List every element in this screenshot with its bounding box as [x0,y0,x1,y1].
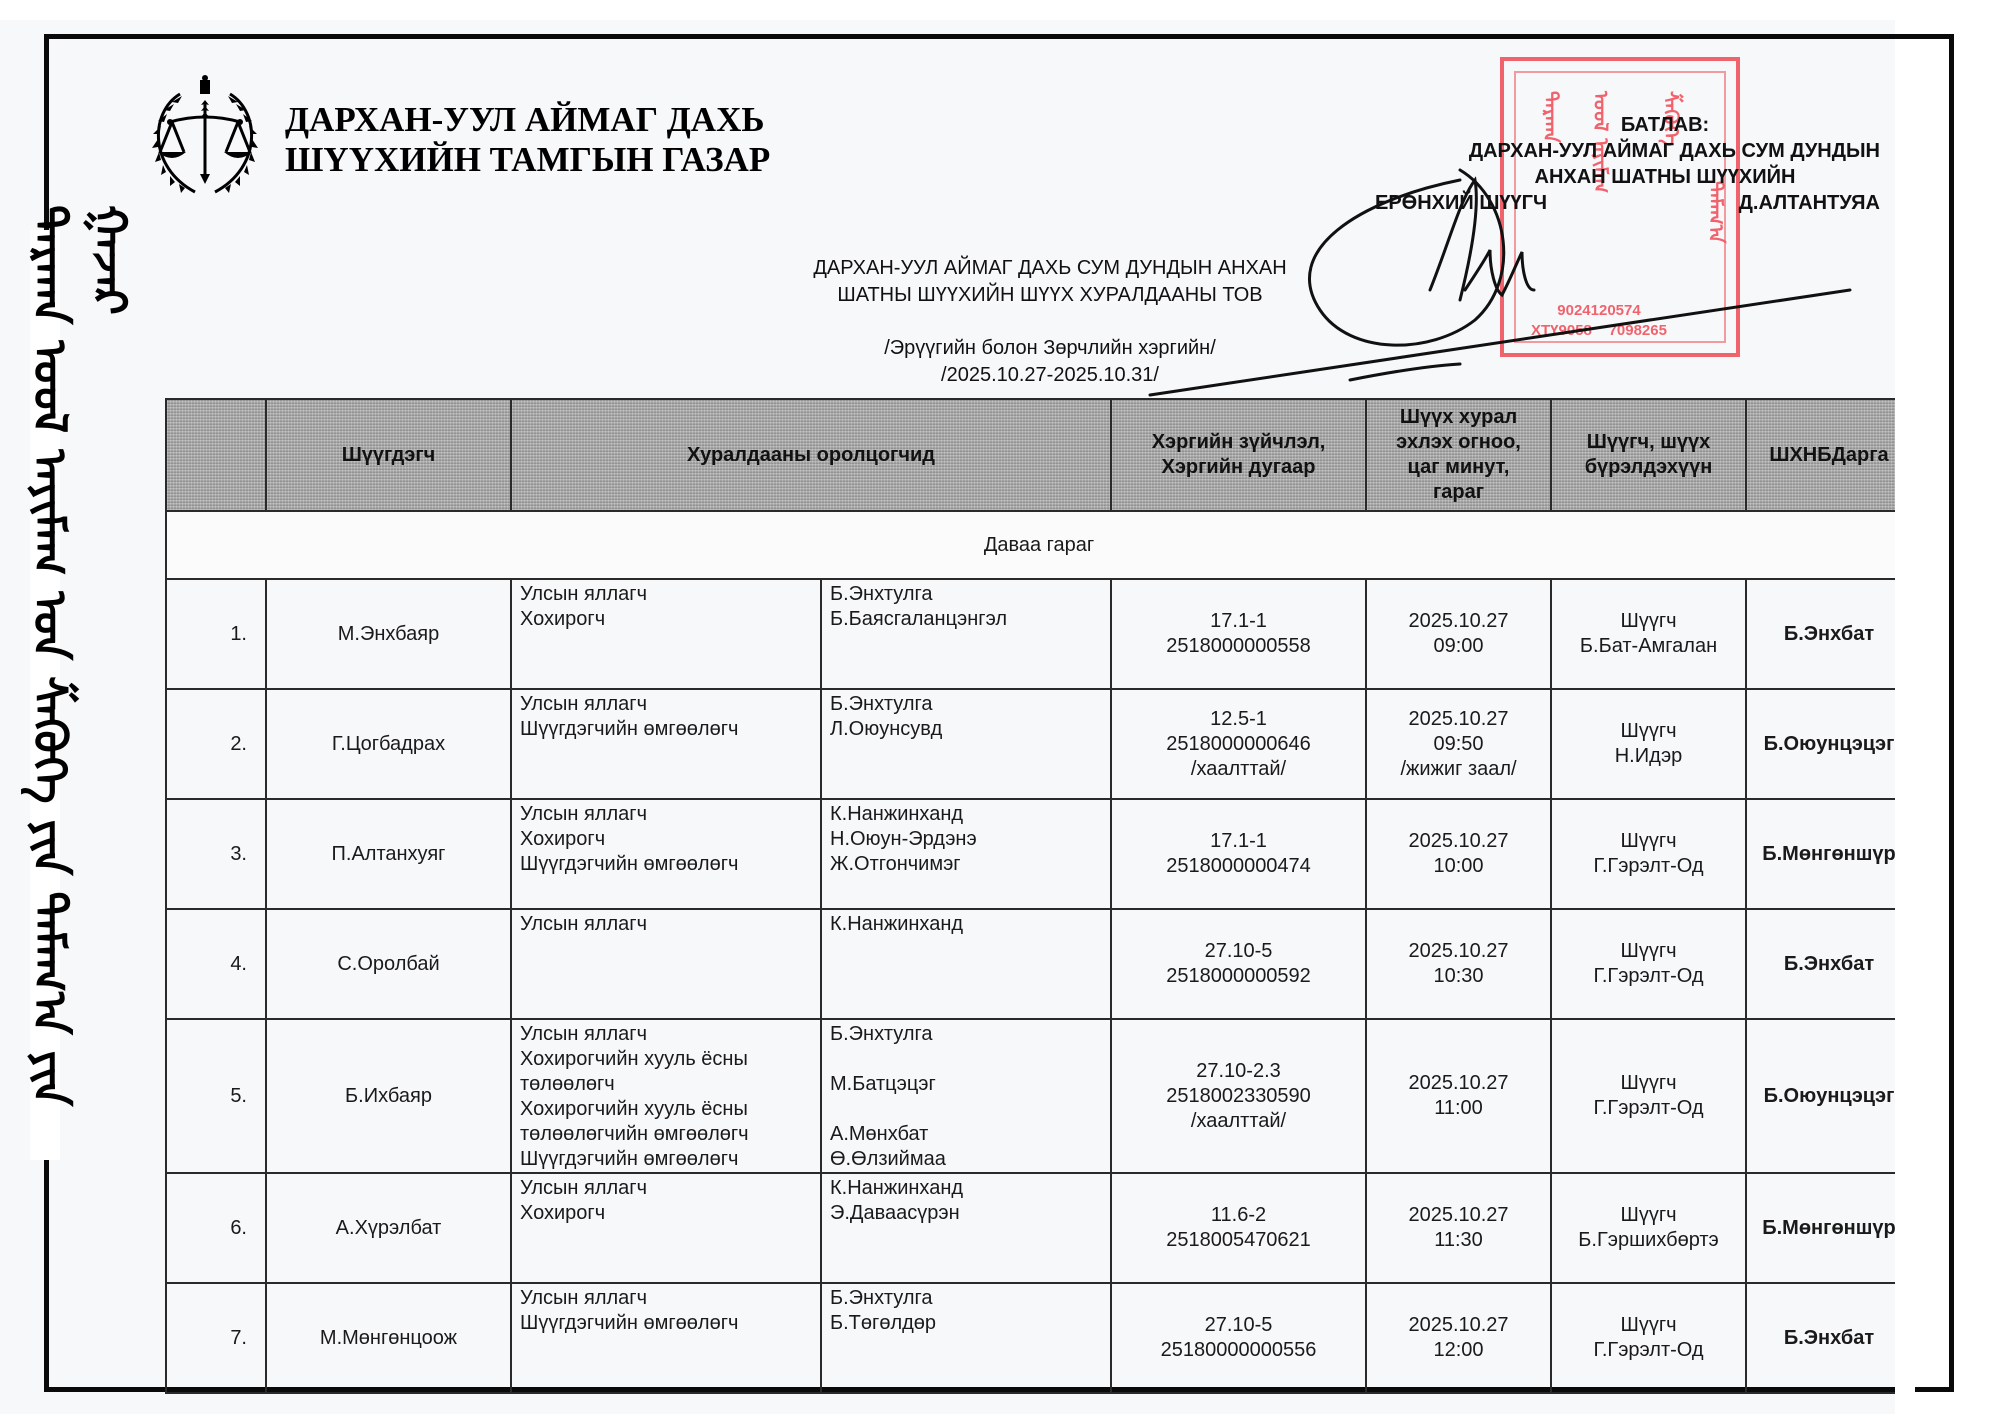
document-title-line1: ДАРХАН-УУЛ АЙМАГ ДАХЬ СУМ ДУНДЫН АНХАН [700,255,1400,282]
header-judge: Шүүгч, шүүх бүрэлдэхүүн [1551,399,1746,511]
case-info: 27.10-525180000000556 [1111,1283,1366,1393]
participant-role: Хохирогч [520,607,812,632]
participant-role: Улсын яллагч [520,1022,812,1047]
mongolian-script-sidebar: ᠳᠠᠷᠬᠠᠨ ᠤᠤᠯ ᠠᠶᠢᠮᠠᠭ ᠤᠨ ᠱᠡᠭᠦᠬᠡ ᠶᠢᠨ ᠲᠠᠮᠠᠭ᠎ᠠ … [20,205,80,1155]
row-number: 4. [166,909,266,1019]
day-label: Даваа гараг [166,511,1911,579]
case-line: /хаалттай/ [1120,757,1357,782]
stamp-number-2: ХТҮ9058 7098265 [1524,321,1674,341]
case-line: 27.10-5 [1120,939,1357,964]
secretary-name: Б.Оюунцэцэг [1746,1019,1911,1173]
header-defendant: Шүүгдэгч [266,399,511,511]
secretary-name: Б.Мөнгөншүр [1746,799,1911,909]
row-number: 7. [166,1283,266,1393]
participant-name: Б.Энхтулга [830,692,1102,717]
case-line: 11.6-2 [1120,1203,1357,1228]
hearing-datetime: 2025.10.2712:00 [1366,1283,1551,1393]
participant-role: Шүүгдэгчийн өмгөөлөгч [520,1311,812,1336]
participant-name: Ж.Отгончимэг [830,852,1102,877]
approval-line2: АНХАН ШАТНЫ ШҮҮХИЙН [1360,164,1880,190]
case-info: 27.10-2.32518002330590/хаалттай/ [1111,1019,1366,1173]
participant-roles: Улсын яллагч [511,909,821,1019]
case-info: 11.6-22518005470621 [1111,1173,1366,1283]
participant-name: К.Нанжинханд [830,912,1102,937]
judge-line: Шүүгч [1560,1071,1737,1096]
judge-info: ШүүгчГ.Гэрэлт-Од [1551,799,1746,909]
participant-role: Хохирогчийн хууль ёсны [520,1097,812,1122]
participant-role: Хохирогч [520,827,812,852]
header-datetime-l2: эхлэх огноо, [1375,430,1542,455]
participant-name: Э.Даваасүрэн [830,1201,1102,1226]
datetime-line: 2025.10.27 [1375,829,1542,854]
judge-line: Г.Гэрэлт-Од [1560,964,1737,989]
judge-info: ШүүгчГ.Гэрэлт-Од [1551,1283,1746,1393]
case-info: 12.5-12518000000646/хаалттай/ [1111,689,1366,799]
header-case: Хэргийн зүйчлэл, Хэргийн дугаар [1111,399,1366,511]
judge-line: Шүүгч [1560,829,1737,854]
case-info: 17.1-12518000000558 [1111,579,1366,689]
datetime-line: 2025.10.27 [1375,1203,1542,1228]
defendant-name: Б.Ихбаяр [266,1019,511,1173]
participant-role: Улсын яллагч [520,802,812,827]
org-title-line2: ШҮҮХИЙН ТАМГЫН ГАЗАР [285,140,770,180]
participant-name: Б.Төгөлдөр [830,1311,1102,1336]
document-title: ДАРХАН-УУЛ АЙМАГ ДАХЬ СУМ ДУНДЫН АНХАН Ш… [700,255,1400,309]
table-row: 6.А.ХүрэлбатУлсын яллагчХохирогчК.Нанжин… [166,1173,1911,1283]
secretary-name: Б.Энхбат [1746,909,1911,1019]
hearing-datetime: 2025.10.2710:00 [1366,799,1551,909]
case-line: 2518000000646 [1120,732,1357,757]
datetime-line: 2025.10.27 [1375,939,1542,964]
header-case-l1: Хэргийн зүйчлэл, [1120,430,1357,455]
participant-name-gap [830,1097,1102,1122]
row-number: 6. [166,1173,266,1283]
participant-role: Улсын яллагч [520,692,812,717]
stamp-number-1: 9024120574 [1524,301,1674,321]
approval-name: Д.АЛТАНТУЯА [1739,190,1880,216]
participant-name: К.Нанжинханд [830,802,1102,827]
participant-roles: Улсын яллагчХохирогчийн хууль ёснытөлөөл… [511,1019,821,1173]
case-line: 27.10-5 [1120,1313,1357,1338]
case-line: 2518000000474 [1120,854,1357,879]
table-row: 3.П.АлтанхуягУлсын яллагчХохирогчШүүгдэг… [166,799,1911,909]
judge-line: Н.Идэр [1560,744,1737,769]
case-line: 2518002330590 [1120,1084,1357,1109]
table-row: 4.С.ОролбайУлсын яллагчК.Нанжинханд27.10… [166,909,1911,1019]
participant-role: Улсын яллагч [520,912,812,937]
row-number: 2. [166,689,266,799]
judge-info: ШүүгчБ.Гэршихбөртэ [1551,1173,1746,1283]
participant-name: К.Нанжинханд [830,1176,1102,1201]
datetime-line: 2025.10.27 [1375,1313,1542,1338]
stamp-numbers: 9024120574 ХТҮ9058 7098265 [1524,301,1674,341]
judge-line: Б.Гэршихбөртэ [1560,1228,1737,1253]
table-header-row: Шүүгдэгч Хуралдааны оролцогчид Хэргийн з… [166,399,1911,511]
datetime-line: 09:00 [1375,634,1542,659]
datetime-line: 12:00 [1375,1338,1542,1363]
day-section-row: Даваа гараг [166,511,1911,579]
document-title-line2: ШАТНЫ ШҮҮХИЙН ШҮҮХ ХУРАЛДААНЫ ТОВ [700,282,1400,309]
case-line: 12.5-1 [1120,707,1357,732]
header-secretary: ШХНБДарга [1746,399,1911,511]
header-judge-l1: Шүүгч, шүүх [1560,430,1737,455]
participant-name: Н.Оюун-Эрдэнэ [830,827,1102,852]
participant-roles: Улсын яллагчХохирогчШүүгдэгчийн өмгөөлөг… [511,799,821,909]
datetime-line: /жижиг заал/ [1375,757,1542,782]
case-line: 2518000000592 [1120,964,1357,989]
case-line: 25180000000556 [1120,1338,1357,1363]
participant-names: Б.ЭнхтулгаЛ.Оюунсувд [821,689,1111,799]
row-number: 1. [166,579,266,689]
document-date-range: /2025.10.27-2025.10.31/ [700,362,1400,389]
org-title-line1: ДАРХАН-УУЛ АЙМАГ ДАХЬ [285,100,770,140]
defendant-name: Г.Цогбадрах [266,689,511,799]
header-datetime-l4: гараг [1375,480,1542,505]
participant-roles: Улсын яллагчХохирогч [511,579,821,689]
participant-role: Хохирогчийн хууль ёсны [520,1047,812,1072]
judge-info: ШүүгчГ.Гэрэлт-Од [1551,909,1746,1019]
hearing-datetime: 2025.10.2711:30 [1366,1173,1551,1283]
row-number: 3. [166,799,266,909]
participant-role: Улсын яллагч [520,582,812,607]
participant-role: төлөөлөгчийн өмгөөлөгч [520,1122,812,1147]
defendant-name: М.Энхбаяр [266,579,511,689]
judge-line: Шүүгч [1560,939,1737,964]
participant-roles: Улсын яллагчХохирогч [511,1173,821,1283]
participant-names: Б.ЭнхтулгаМ.БатцэцэгА.МөнхбатӨ.Өлзиймаа [821,1019,1111,1173]
judge-line: Г.Гэрэлт-Од [1560,1096,1737,1121]
participant-role: төлөөлөгч [520,1072,812,1097]
participant-role: Улсын яллагч [520,1286,812,1311]
participant-name: Ө.Өлзиймаа [830,1147,1102,1172]
case-line: 2518000000558 [1120,634,1357,659]
case-info: 17.1-12518000000474 [1111,799,1366,909]
case-line: /хаалттай/ [1120,1109,1357,1134]
approval-line1: ДАРХАН-УУЛ АЙМАГ ДАХЬ СУМ ДУНДЫН [1360,138,1880,164]
scales-of-justice-emblem-icon [140,72,270,202]
row-number: 5. [166,1019,266,1173]
datetime-line: 11:30 [1375,1228,1542,1253]
participant-names: Б.ЭнхтулгаБ.Төгөлдөр [821,1283,1111,1393]
hearing-schedule-table: Шүүгдэгч Хуралдааны оролцогчид Хэргийн з… [165,398,1911,1394]
document-subtitle: /Эрүүгийн болон Зөрчлийн хэргийн/ /2025.… [700,335,1400,389]
participant-names: Б.ЭнхтулгаБ.Баясгаланцэнгэл [821,579,1111,689]
datetime-line: 10:00 [1375,854,1542,879]
approval-position: ЕРӨНХИЙ ШҮҮГЧ [1375,190,1547,216]
table-row: 7.М.МөнгөнцоожУлсын яллагчШүүгдэгчийн өм… [166,1283,1911,1393]
table-row: 5.Б.ИхбаярУлсын яллагчХохирогчийн хууль … [166,1019,1911,1173]
approval-label: БАТЛАВ: [1360,112,1880,138]
judge-line: Шүүгч [1560,1313,1737,1338]
secretary-name: Б.Энхбат [1746,1283,1911,1393]
datetime-line: 2025.10.27 [1375,1071,1542,1096]
header-judge-l2: бүрэлдэхүүн [1560,455,1737,480]
datetime-line: 2025.10.27 [1375,609,1542,634]
judge-info: ШүүгчН.Идэр [1551,689,1746,799]
participant-name: Б.Баясгаланцэнгэл [830,607,1102,632]
participant-role: Шүүгдэгчийн өмгөөлөгч [520,1147,812,1172]
defendant-name: А.Хүрэлбат [266,1173,511,1283]
table-row: 1.М.ЭнхбаярУлсын яллагчХохирогчБ.Энхтулг… [166,579,1911,689]
hearing-datetime: 2025.10.2711:00 [1366,1019,1551,1173]
case-line: 27.10-2.3 [1120,1059,1357,1084]
participant-role: Шүүгдэгчийн өмгөөлөгч [520,852,812,877]
approval-signature-row: ЕРӨНХИЙ ШҮҮГЧ Д.АЛТАНТУЯА [1360,190,1880,216]
header-participants: Хуралдааны оролцогчид [511,399,1111,511]
defendant-name: П.Алтанхуяг [266,799,511,909]
case-info: 27.10-52518000000592 [1111,909,1366,1019]
participant-names: К.НанжинхандЭ.Даваасүрэн [821,1173,1111,1283]
participant-name: Б.Энхтулга [830,1022,1102,1047]
secretary-name: Б.Оюунцэцэг [1746,689,1911,799]
hearing-datetime: 2025.10.2709:00 [1366,579,1551,689]
participant-roles: Улсын яллагчШүүгдэгчийн өмгөөлөгч [511,689,821,799]
participant-roles: Улсын яллагчШүүгдэгчийн өмгөөлөгч [511,1283,821,1393]
defendant-name: М.Мөнгөнцоож [266,1283,511,1393]
document-case-type: /Эрүүгийн болон Зөрчлийн хэргийн/ [700,335,1400,362]
secretary-name: Б.Энхбат [1746,579,1911,689]
hearing-datetime: 2025.10.2709:50/жижиг заал/ [1366,689,1551,799]
participant-names: К.Нанжинханд [821,909,1111,1019]
approval-block: БАТЛАВ: ДАРХАН-УУЛ АЙМАГ ДАХЬ СУМ ДУНДЫН… [1360,112,1880,216]
datetime-line: 2025.10.27 [1375,707,1542,732]
participant-name-gap [830,1047,1102,1072]
judge-line: Б.Бат-Амгалан [1560,634,1737,659]
datetime-line: 09:50 [1375,732,1542,757]
header-case-l2: Хэргийн дугаар [1120,455,1357,480]
judge-line: Шүүгч [1560,719,1737,744]
participant-name: А.Мөнхбат [830,1122,1102,1147]
header-datetime-l3: цаг минут, [1375,455,1542,480]
participant-names: К.НанжинхандН.Оюун-ЭрдэнэЖ.Отгончимэг [821,799,1111,909]
participant-role: Шүүгдэгчийн өмгөөлөгч [520,717,812,742]
participant-name: Б.Энхтулга [830,582,1102,607]
page-edge [1895,395,1915,1395]
judge-line: Г.Гэрэлт-Од [1560,854,1737,879]
judge-info: ШүүгчБ.Бат-Амгалан [1551,579,1746,689]
participant-role: Улсын яллагч [520,1176,812,1201]
header-datetime: Шүүх хурал эхлэх огноо, цаг минут, гараг [1366,399,1551,511]
datetime-line: 11:00 [1375,1096,1542,1121]
judge-info: ШүүгчГ.Гэрэлт-Од [1551,1019,1746,1173]
judge-line: Шүүгч [1560,1203,1737,1228]
organization-title: ДАРХАН-УУЛ АЙМАГ ДАХЬ ШҮҮХИЙН ТАМГЫН ГАЗ… [285,100,770,180]
participant-name: Б.Энхтулга [830,1286,1102,1311]
secretary-name: Б.Мөнгөншүр [1746,1173,1911,1283]
datetime-line: 10:30 [1375,964,1542,989]
participant-name: Л.Оюунсувд [830,717,1102,742]
header-num [166,399,266,511]
case-line: 17.1-1 [1120,609,1357,634]
defendant-name: С.Оролбай [266,909,511,1019]
participant-name: М.Батцэцэг [830,1072,1102,1097]
case-line: 2518005470621 [1120,1228,1357,1253]
judge-line: Шүүгч [1560,609,1737,634]
header-datetime-l1: Шүүх хурал [1375,405,1542,430]
hearing-datetime: 2025.10.2710:30 [1366,909,1551,1019]
table-row: 2.Г.ЦогбадрахУлсын яллагчШүүгдэгчийн өмг… [166,689,1911,799]
participant-role: Хохирогч [520,1201,812,1226]
judge-line: Г.Гэрэлт-Од [1560,1338,1737,1363]
case-line: 17.1-1 [1120,829,1357,854]
